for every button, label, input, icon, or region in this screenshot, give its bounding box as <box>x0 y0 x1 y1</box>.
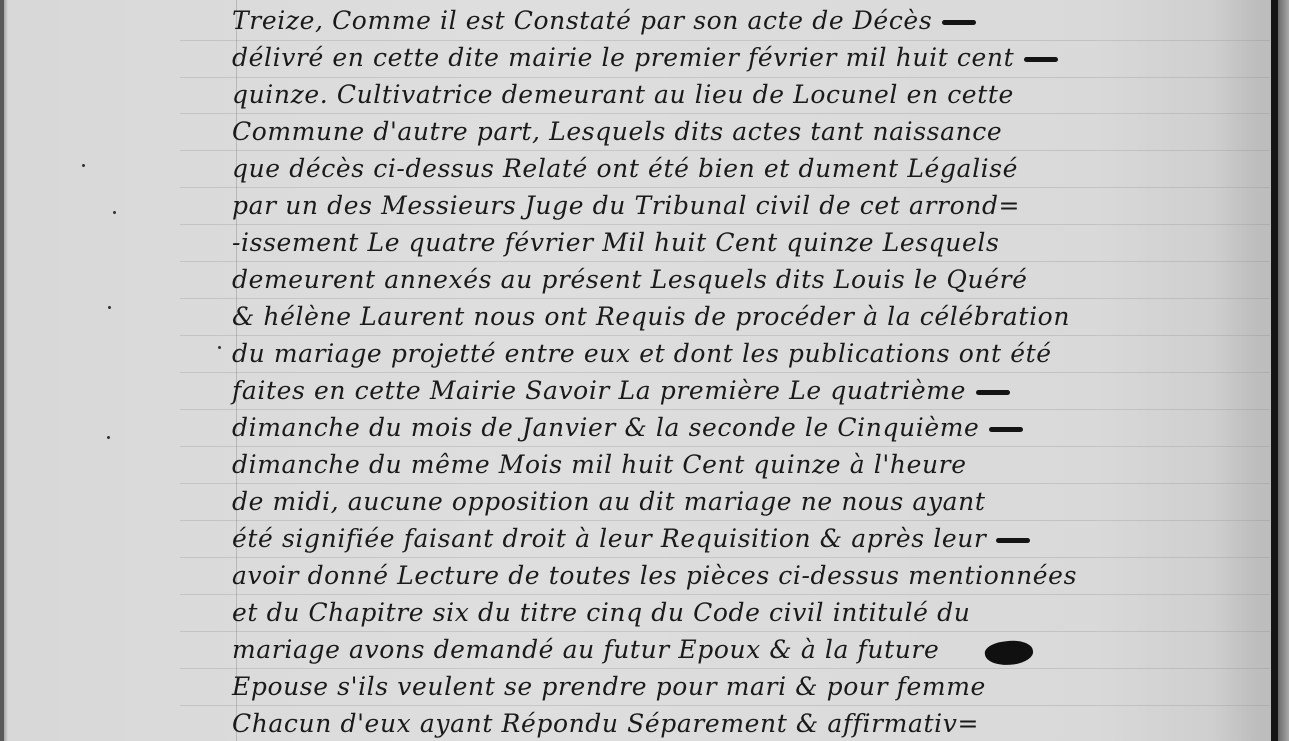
line-text: demeurent annexés au présent Lesquels di… <box>232 265 1028 294</box>
facing-page-edge <box>1278 0 1289 741</box>
scanned-register-page: Treize, Comme il est Constaté par son ac… <box>0 0 1289 741</box>
text-line: Commune d'autre part, Lesquels dits acte… <box>232 113 1002 150</box>
line-end-filler <box>996 538 1030 543</box>
line-text: et du Chapitre six du titre cinq du Code… <box>232 598 970 627</box>
line-text: mariage avons demandé au futur Epoux & à… <box>232 635 939 664</box>
line-end-filler <box>942 20 976 25</box>
line-end-filler <box>976 390 1010 395</box>
line-text: -issement Le quatre février Mil huit Cen… <box>232 228 999 257</box>
line-text: Treize, Comme il est Constaté par son ac… <box>232 6 932 35</box>
text-line: du mariage projetté entre eux et dont le… <box>232 335 1052 372</box>
paper-speck <box>82 164 85 167</box>
line-text: & hélène Laurent nous ont Requis de proc… <box>232 302 1070 331</box>
book-binding-edge <box>1271 0 1278 741</box>
line-text: quinze. Cultivatrice demeurant au lieu d… <box>232 80 1014 109</box>
line-text: Epouse s'ils veulent se prendre pour mar… <box>232 672 986 701</box>
line-text: par un des Messieurs Juge du Tribunal ci… <box>232 191 1020 220</box>
line-text: dimanche du même Mois mil huit Cent quin… <box>232 450 967 479</box>
line-text: dimanche du mois de Janvier & la seconde… <box>232 413 979 442</box>
line-text: Chacun d'eux ayant Répondu Séparement & … <box>232 709 979 738</box>
text-line: -issement Le quatre février Mil huit Cen… <box>232 224 999 261</box>
text-line: Epouse s'ils veulent se prendre pour mar… <box>232 668 986 705</box>
text-line: Treize, Comme il est Constaté par son ac… <box>232 2 976 39</box>
line-text: que décès ci-dessus Relaté ont été bien … <box>232 154 1018 183</box>
text-line: et du Chapitre six du titre cinq du Code… <box>232 594 970 631</box>
text-line: demeurent annexés au présent Lesquels di… <box>232 261 1028 298</box>
text-line: avoir donné Lecture de toutes les pièces… <box>232 557 1077 594</box>
paper-speck <box>113 211 116 214</box>
ink-blot <box>984 638 1035 668</box>
text-line: Chacun d'eux ayant Répondu Séparement & … <box>232 705 979 741</box>
text-line: dimanche du même Mois mil huit Cent quin… <box>232 446 967 483</box>
line-text: Commune d'autre part, Lesquels dits acte… <box>232 117 1002 146</box>
text-line: de midi, aucune opposition au dit mariag… <box>232 483 985 520</box>
text-line: & hélène Laurent nous ont Requis de proc… <box>232 298 1070 335</box>
text-line: faites en cette Mairie Savoir La premièr… <box>232 372 1010 409</box>
text-line: été signifiée faisant droit à leur Requi… <box>232 520 1030 557</box>
text-line: mariage avons demandé au futur Epoux & à… <box>232 631 939 668</box>
line-text: avoir donné Lecture de toutes les pièces… <box>232 561 1077 590</box>
line-text: délivré en cette dite mairie le premier … <box>232 43 1014 72</box>
page-left-edge <box>0 0 4 741</box>
text-line: par un des Messieurs Juge du Tribunal ci… <box>232 187 1020 224</box>
line-text: faites en cette Mairie Savoir La premièr… <box>232 376 966 405</box>
line-text: du mariage projetté entre eux et dont le… <box>232 339 1052 368</box>
line-end-filler <box>989 427 1023 432</box>
paper-speck <box>107 436 110 439</box>
text-line: délivré en cette dite mairie le premier … <box>232 39 1058 76</box>
text-line: quinze. Cultivatrice demeurant au lieu d… <box>232 76 1014 113</box>
line-end-filler <box>1024 57 1058 62</box>
text-line: dimanche du mois de Janvier & la seconde… <box>232 409 1023 446</box>
line-text: de midi, aucune opposition au dit mariag… <box>232 487 985 516</box>
paper-speck <box>218 346 221 349</box>
text-line: que décès ci-dessus Relaté ont été bien … <box>232 150 1018 187</box>
paper-speck <box>108 306 111 309</box>
line-text: été signifiée faisant droit à leur Requi… <box>232 524 986 553</box>
